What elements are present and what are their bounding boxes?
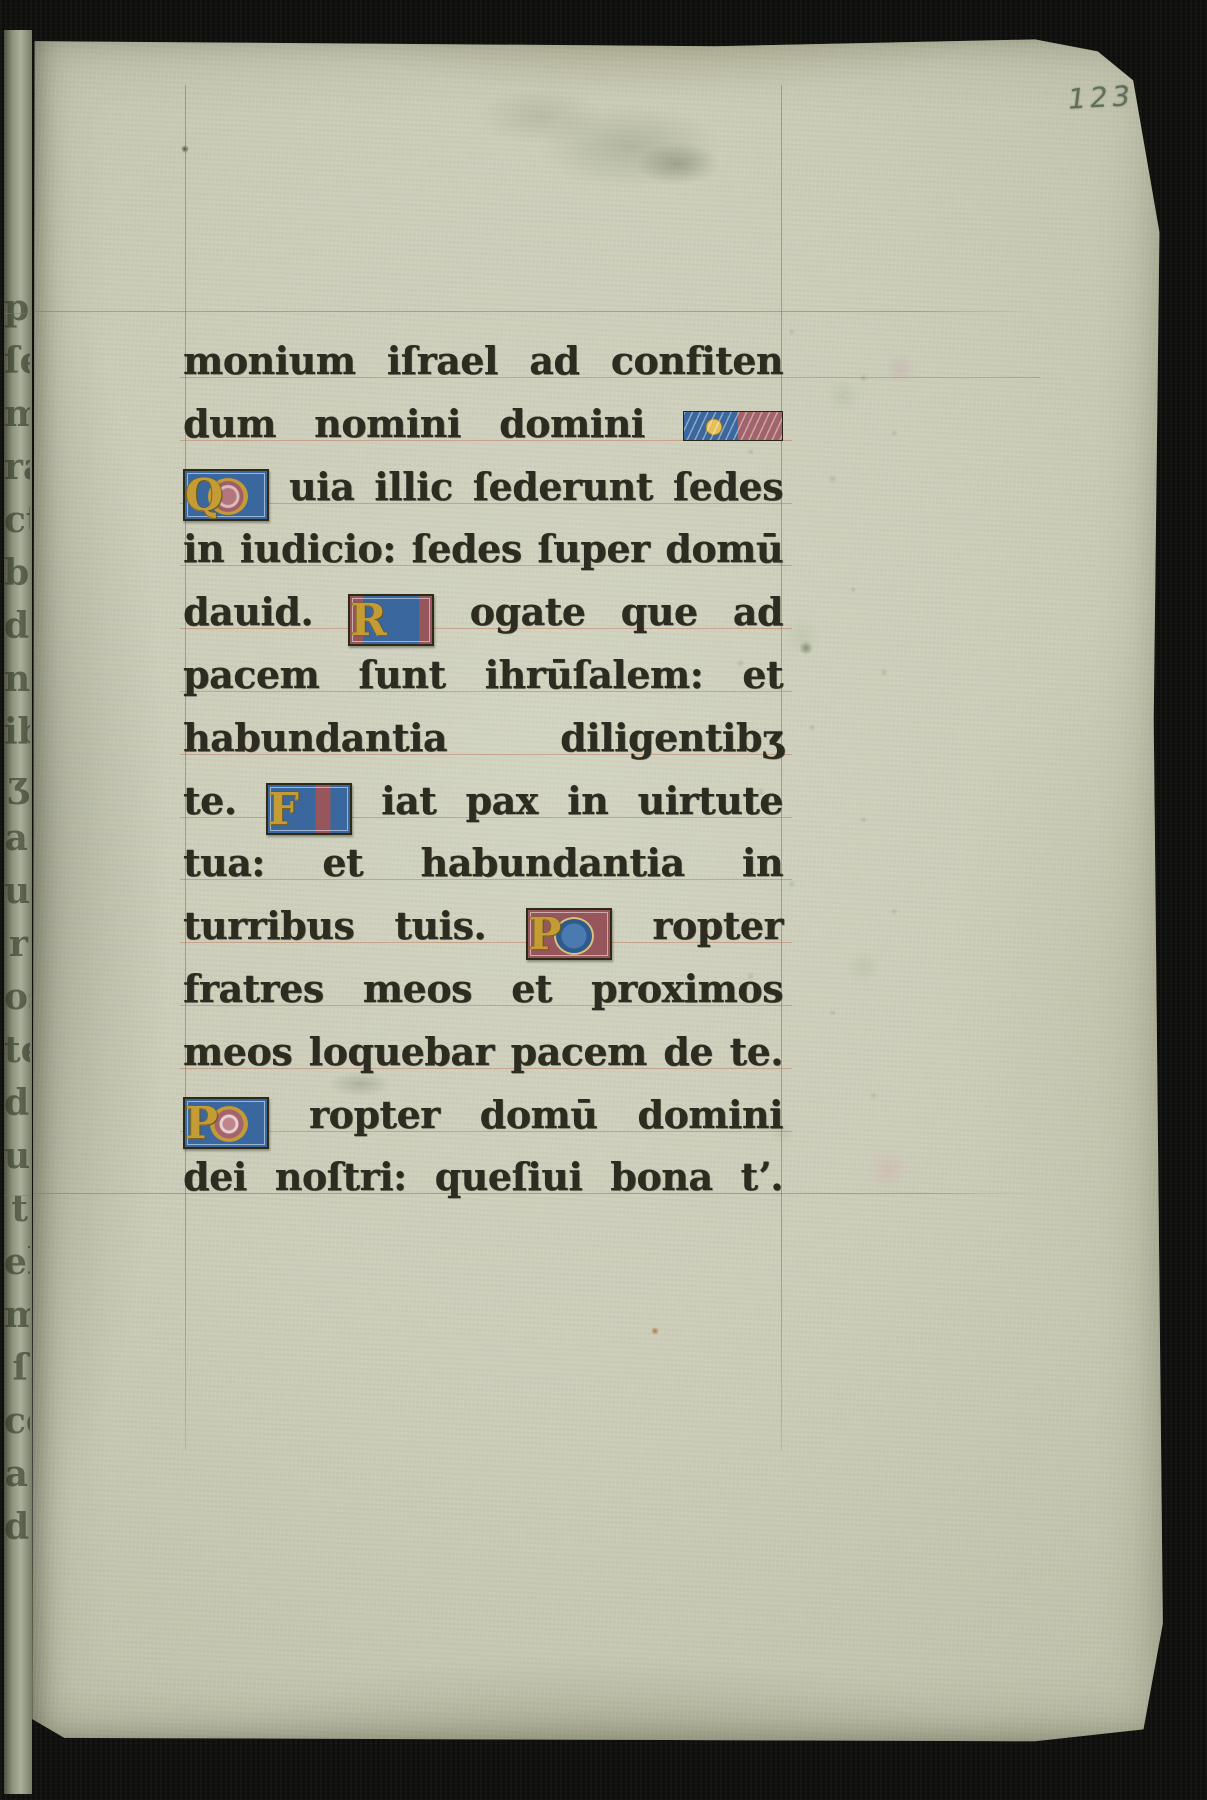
text-line: habundantia diligentibʒ bbox=[183, 707, 783, 770]
text-line: fratres meos et proximos bbox=[183, 958, 783, 1021]
ghost-text-fragment: d bbox=[4, 1501, 30, 1554]
ghost-text-fragment: ce bbox=[4, 1395, 30, 1448]
ghost-text-fragment: d bbox=[4, 1077, 30, 1130]
text-line: tua: et habundantia in bbox=[183, 832, 783, 895]
ghost-text-fragment: os bbox=[4, 971, 30, 1024]
text-run: tua: et habundantia in bbox=[183, 840, 783, 885]
ghost-text-fragment: ui bbox=[4, 1130, 30, 1183]
illuminated-initial-P: P bbox=[183, 1097, 269, 1149]
ghost-text-fragment: ib bbox=[4, 706, 30, 759]
facing-page-ruling-line bbox=[4, 313, 32, 314]
ghost-text-fragment: ra bbox=[4, 441, 30, 494]
text-line: te. F iat pax in uirtute bbox=[183, 770, 783, 833]
initial-letter: P bbox=[528, 909, 561, 960]
text-run: uia illic ſederunt ſedes bbox=[289, 464, 783, 509]
ghost-text-fragment: r bbox=[4, 918, 30, 971]
text-line: dum nomini domini bbox=[183, 393, 783, 456]
text-run: te. bbox=[183, 778, 266, 823]
ghost-text-fragment: n bbox=[4, 653, 30, 706]
initial-letter: R bbox=[350, 595, 386, 646]
text-run: dum nomini domini bbox=[183, 401, 683, 446]
ghost-text-fragment: m bbox=[4, 388, 30, 441]
text-line: dei noſtri: queſiui bona tʼ. bbox=[183, 1146, 783, 1209]
text-run: dei noſtri: queſiui bona tʼ. bbox=[183, 1154, 783, 1199]
line-filler-ornament bbox=[683, 411, 783, 441]
text-line: monium iſrael ad confiten bbox=[183, 330, 783, 393]
ghost-text-fragment: d bbox=[4, 600, 30, 653]
initial-letter: Q bbox=[185, 470, 223, 521]
ghost-text-fragment: us bbox=[4, 865, 30, 918]
text-run: fratres meos et proximos bbox=[183, 966, 783, 1011]
text-run: in iudicio: ſedes ſuper domū bbox=[183, 526, 783, 571]
ghost-text-fragment: te bbox=[4, 1024, 30, 1077]
ghost-text-fragment: ſ bbox=[4, 1342, 30, 1395]
manuscript-page: 123 monium iſrael ad confiten dum nomini… bbox=[30, 36, 1172, 1743]
ghost-text-fragment: p bbox=[4, 282, 30, 335]
text-line: Q uia illic ſederunt ſedes bbox=[183, 456, 783, 519]
folio-number: 123 bbox=[1066, 81, 1136, 114]
text-line: meos loquebar pacem de te. bbox=[183, 1021, 783, 1084]
text-run: meos loquebar pacem de te. bbox=[183, 1029, 783, 1074]
initial-letter: P bbox=[185, 1098, 218, 1149]
ghost-text-fragment: a bbox=[4, 812, 30, 865]
text-run: ropter domū domini bbox=[309, 1092, 783, 1137]
text-run: turribus tuis. bbox=[183, 903, 526, 948]
initial-letter: F bbox=[268, 784, 299, 835]
ghost-text-fragment: b bbox=[4, 547, 30, 600]
illuminated-initial-Q: Q bbox=[183, 469, 269, 521]
text-line: dauid. R ogate que ad bbox=[183, 581, 783, 644]
text-run: iat pax in uirtute bbox=[381, 778, 783, 823]
ghost-text-fragment: ct bbox=[4, 494, 30, 547]
text-line: in iudicio: ſedes ſuper domū bbox=[183, 518, 783, 581]
text-run: habundantia diligentibʒ bbox=[183, 715, 783, 760]
text-run: ogate que ad bbox=[470, 589, 783, 634]
illuminated-initial-P: P bbox=[526, 908, 612, 960]
text-run: pacem ſunt ihrūſalem: et bbox=[183, 652, 783, 697]
illuminated-initial-R: R bbox=[348, 594, 434, 646]
illuminated-initial-F: F bbox=[266, 783, 352, 835]
facing-page-edge: pſemractbdnibʒausrosteduitelmſcead bbox=[4, 30, 32, 1794]
ghost-text-fragment: ʒ bbox=[4, 759, 30, 812]
text-line: turribus tuis. P ropter bbox=[183, 895, 783, 958]
photo-backdrop: pſemractbdnibʒausrosteduitelmſcead 123 m… bbox=[0, 0, 1207, 1800]
ghost-text-fragment: m bbox=[4, 1289, 30, 1342]
ghost-text-fragment: t bbox=[4, 1183, 30, 1236]
text-line: P ropter domū domini bbox=[183, 1084, 783, 1147]
facing-page-ruling-line bbox=[4, 1195, 32, 1196]
text-run: monium iſrael ad confiten bbox=[183, 338, 783, 383]
ghost-text-fragment: ſe bbox=[4, 335, 30, 388]
text-run: dauid. bbox=[183, 589, 348, 634]
ghost-text-fragment: el bbox=[4, 1236, 30, 1289]
text-block: monium iſrael ad confiten dum nomini dom… bbox=[183, 330, 783, 1209]
facing-page-text-ghosts: pſemractbdnibʒausrosteduitelmſcead bbox=[4, 282, 30, 1554]
text-run: ropter bbox=[652, 903, 783, 948]
ruling-horizontal-top bbox=[32, 311, 1037, 312]
text-line: pacem ſunt ihrūſalem: et bbox=[183, 644, 783, 707]
ghost-text-fragment: a bbox=[4, 1448, 30, 1501]
